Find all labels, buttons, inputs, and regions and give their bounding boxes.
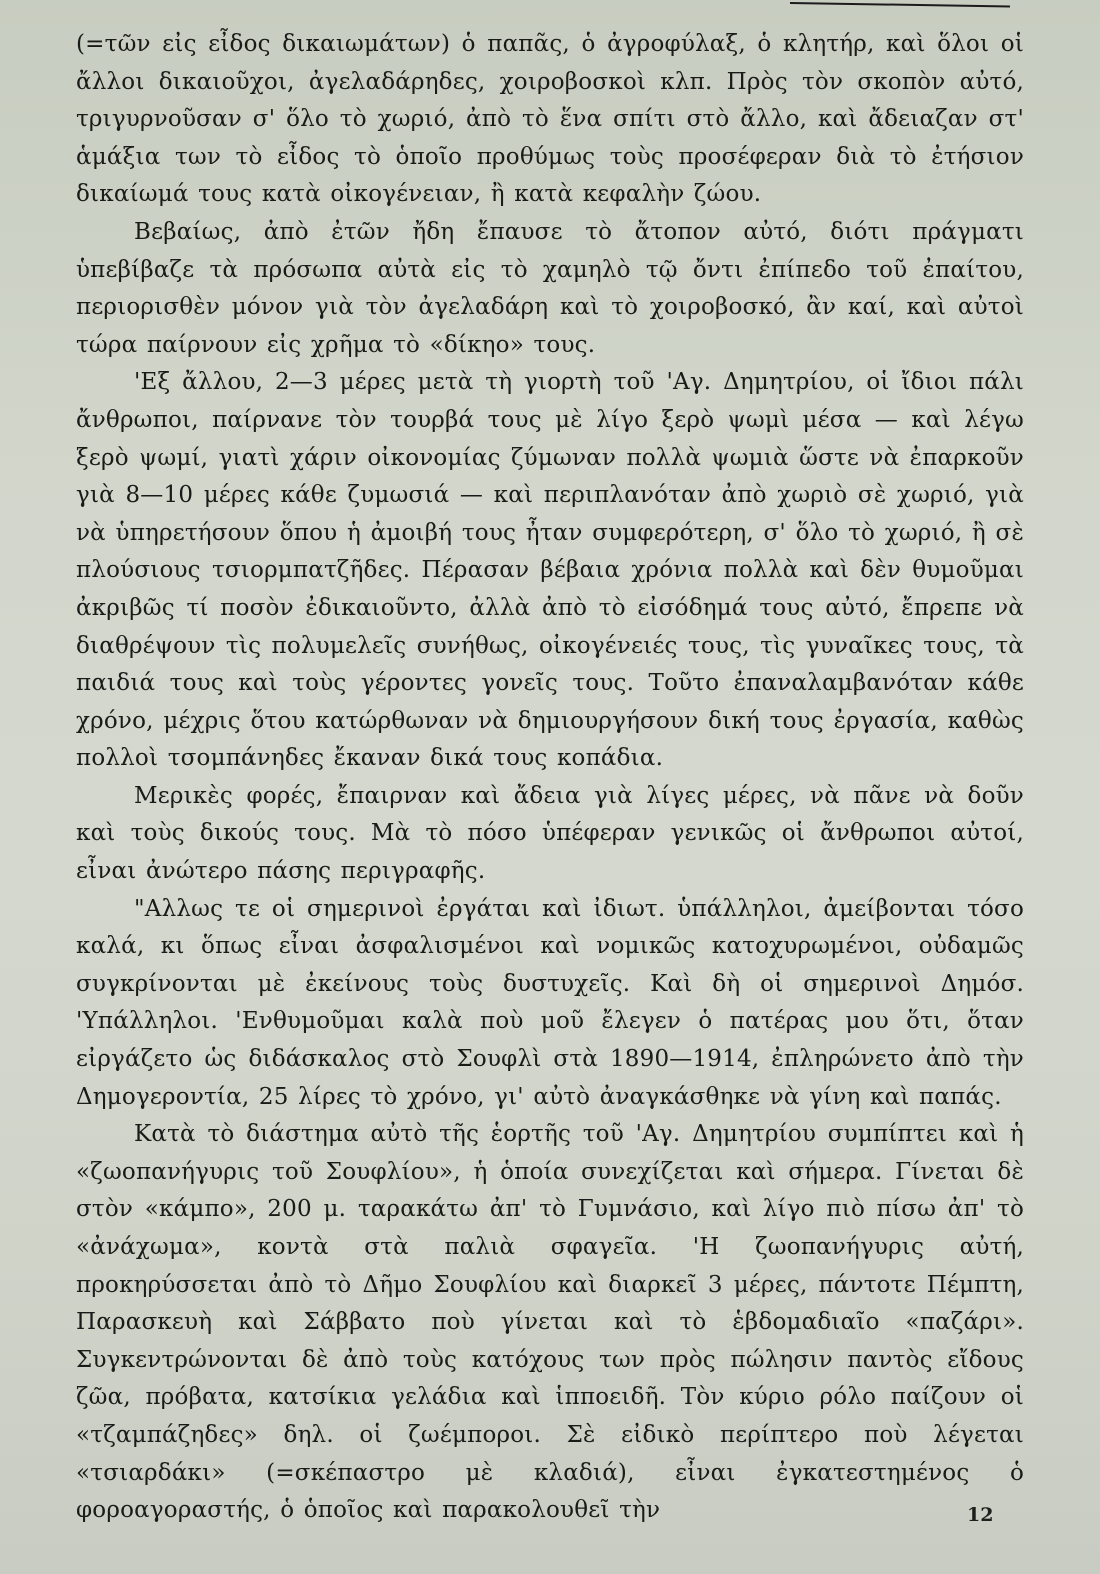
- paragraph-1: (=τῶν εἰς εἶδος δικαιωμάτων) ὁ παπᾶς, ὁ …: [76, 26, 1024, 214]
- paragraph-2: Βεβαίως, ἀπὸ ἐτῶν ἤδη ἔπαυσε τὸ ἄτοπον α…: [76, 214, 1024, 364]
- paragraph-3: 'Εξ ἄλλου, 2—3 μέρες μετὰ τὴ γιορτὴ τοῦ …: [76, 364, 1024, 778]
- paragraph-5: "Αλλως τε οἱ σημερινοὶ ἐργάται καὶ ἰδιωτ…: [76, 891, 1024, 1117]
- page-number: 12: [967, 1504, 993, 1526]
- book-page-body: (=τῶν εἰς εἶδος δικαιωμάτων) ὁ παπᾶς, ὁ …: [76, 26, 1024, 1530]
- top-rule-line: [790, 2, 1010, 7]
- paragraph-6: Κατὰ τὸ διάστημα αὐτὸ τῆς ἑορτῆς τοῦ 'Αγ…: [76, 1116, 1024, 1530]
- paragraph-4: Μερικὲς φορές, ἔπαιρναν καὶ ἄδεια γιὰ λί…: [76, 778, 1024, 891]
